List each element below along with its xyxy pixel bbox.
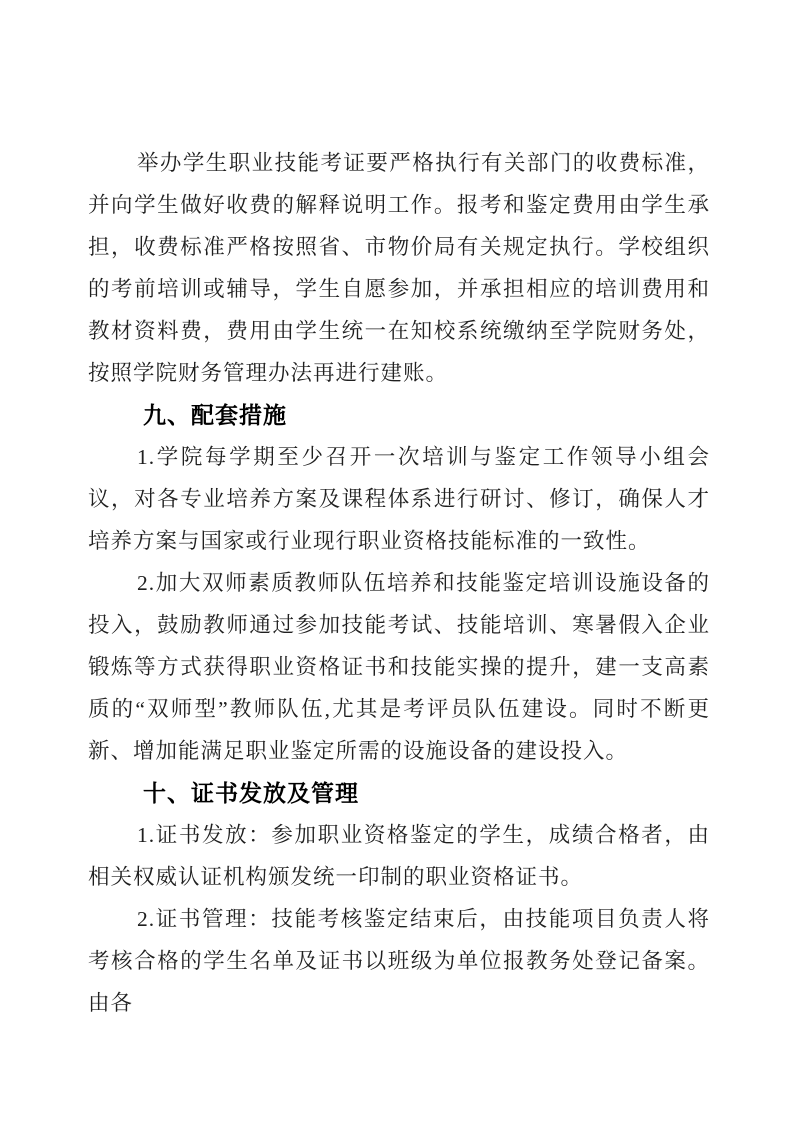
paragraph-10-item-1: 1.证书发放：参加职业资格鉴定的学生，成绩合格者，由相关权威认证机构颁发统一印制… bbox=[88, 814, 710, 898]
section-heading-9-supporting-measures: 九、配套措施 bbox=[88, 394, 710, 436]
document-page: 举办学生职业技能考证要严格执行有关部门的收费标准，并向学生做好收费的解释说明工作… bbox=[0, 0, 793, 1122]
paragraph-10-item-2: 2.证书管理：技能考核鉴定结束后，由技能项目负责人将考核合格的学生名单及证书以班… bbox=[88, 898, 710, 1024]
paragraph-9-item-1: 1.学院每学期至少召开一次培训与鉴定工作领导小组会议，对各专业培养方案及课程体系… bbox=[88, 436, 710, 562]
paragraph-fee-standards: 举办学生职业技能考证要严格执行有关部门的收费标准，并向学生做好收费的解释说明工作… bbox=[88, 142, 710, 394]
section-heading-10-certificate-issuance: 十、证书发放及管理 bbox=[88, 772, 710, 814]
paragraph-9-item-2: 2.加大双师素质教师队伍培养和技能鉴定培训设施设备的投入，鼓励教师通过参加技能考… bbox=[88, 562, 710, 772]
